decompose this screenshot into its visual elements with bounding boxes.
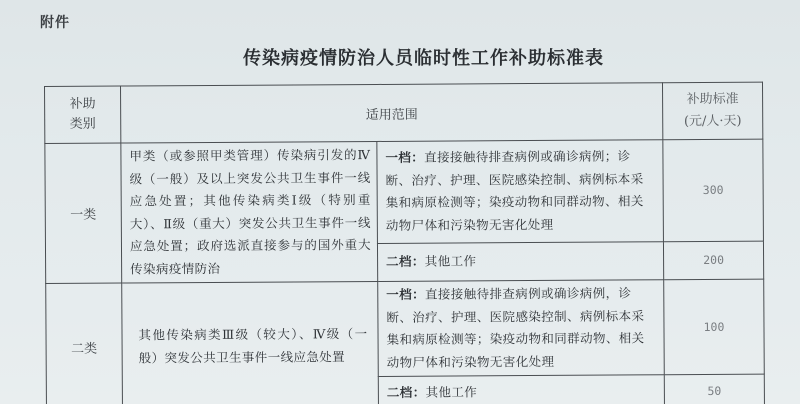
table-header-row: 补助 类别 适用范围 补助标准 (元/人·天) [45, 82, 763, 143]
header-rate: 补助标准 (元/人·天) [663, 82, 763, 140]
tier-name: 一档： [385, 150, 424, 165]
header-rate-line2: (元/人·天) [663, 111, 762, 134]
header-category-line1: 补助 [45, 95, 120, 115]
category-cell: 一类 [45, 143, 122, 283]
tier-description: 直接接触待排查病例或确诊病例，诊断、治疗、护理、医院感染控制、病例标本采集和病原… [386, 285, 644, 369]
header-category: 补助 类别 [45, 86, 121, 143]
document-page: 附件 传染病疫情防治人员临时性工作补助标准表 补助 类别 适用范围 补助标准 (… [0, 0, 800, 404]
tier-description: 直接接触待排查病例或确诊病例；诊断、治疗、护理、医院感染控制、病例标本采集和病原… [386, 149, 644, 233]
tier-cell: 二档：其他工作 [378, 375, 664, 404]
tier-name: 一档： [386, 287, 425, 302]
category-cell: 二类 [46, 283, 123, 404]
tier-name: 二档： [387, 384, 426, 399]
header-scope: 适用范围 [121, 83, 663, 143]
header-rate-line1: 补助标准 [663, 89, 762, 112]
tier-description: 其他工作 [425, 254, 477, 269]
tier-description: 其他工作 [426, 384, 478, 399]
document-title: 传染病疫情防治人员临时性工作补助标准表 [243, 44, 604, 70]
rate-cell: 100 [664, 279, 765, 375]
tier-cell: 二档：其他工作 [377, 242, 663, 282]
tier-name: 二档： [386, 254, 425, 269]
table-row: 一类 甲类（或参照甲类管理）传染病引发的Ⅳ级（一般）及以上突发公共卫生事件一线应… [45, 139, 764, 245]
rate-cell: 200 [663, 241, 763, 280]
header-category-line2: 类别 [45, 115, 120, 135]
scope-cell: 其他传染病类Ⅲ级（较大）、Ⅳ级（一般）突发公共卫生事件一线应急处置 [122, 281, 379, 404]
tier-cell: 一档：直接接触待排查病例或确诊病例；诊断、治疗、护理、医院感染控制、病例标本采集… [377, 140, 664, 244]
table-row: 二类 其他传染病类Ⅲ级（较大）、Ⅳ级（一般）突发公共卫生事件一线应急处置 一档：… [46, 279, 765, 378]
rate-cell: 300 [663, 139, 764, 242]
rate-cell: 50 [664, 374, 764, 404]
attachment-label: 附件 [40, 12, 70, 32]
tier-cell: 一档：直接接触待排查病例或确诊病例，诊断、治疗、护理、医院感染控制、病例标本采集… [378, 280, 665, 377]
scope-cell: 甲类（或参照甲类管理）传染病引发的Ⅳ级（一般）及以上突发公共卫生事件一线应急处置… [121, 141, 378, 283]
subsidy-standard-table: 补助 类别 适用范围 补助标准 (元/人·天) 一类 甲类（或参照甲类管理）传染… [44, 82, 765, 404]
